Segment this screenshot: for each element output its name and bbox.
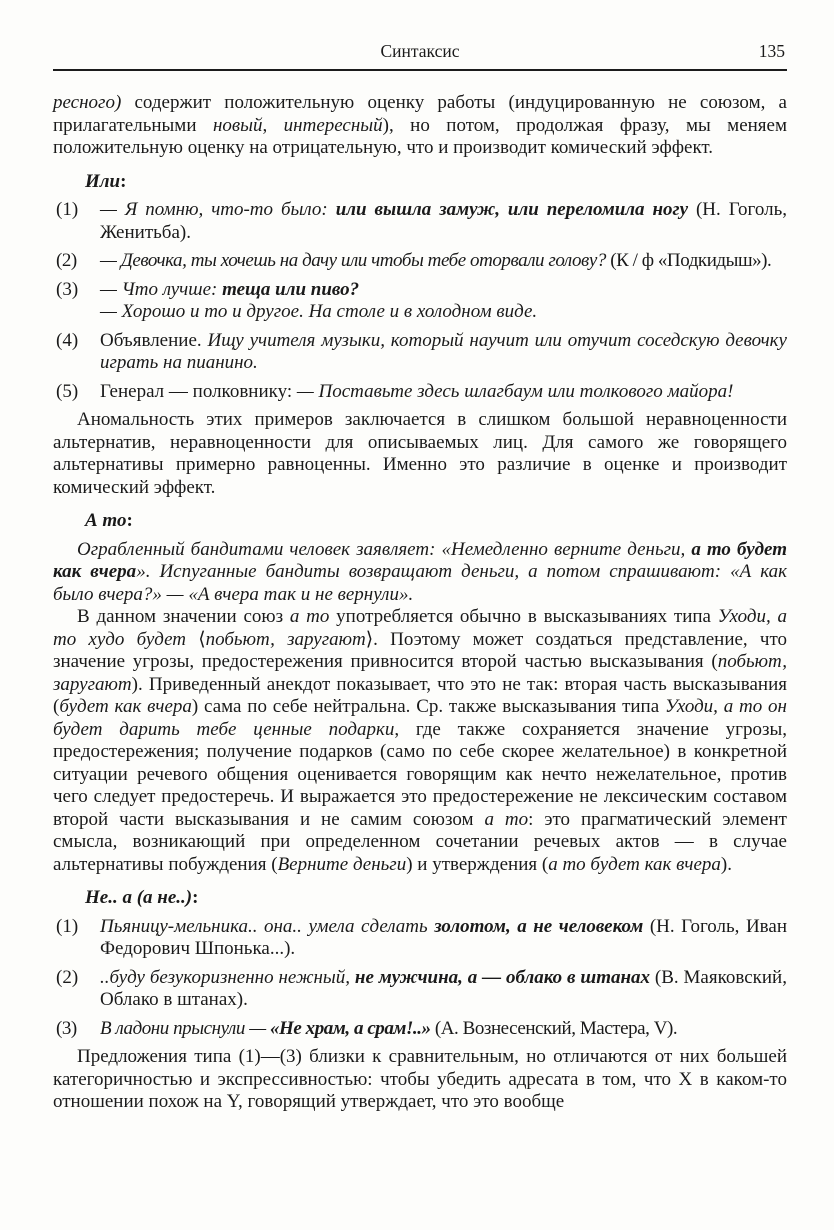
text-run: побьют, заругают — [206, 629, 366, 650]
item-number: (1) — [56, 916, 78, 939]
text-run: «Не храм, а срам!..» — [270, 1018, 435, 1039]
paragraph-a-to-discussion: В данном значении союз а то употребляетс… — [53, 606, 787, 876]
heading-colon: : — [120, 171, 126, 192]
text-run: ⟨ — [186, 629, 206, 650]
text-run: ). — [721, 854, 732, 875]
paragraph-anomaly: Аномальность этих примеров заключается в… — [53, 409, 787, 499]
text-run: ) сама по себе нейтральна. Ср. также выс… — [192, 696, 665, 717]
text-run: , — [262, 115, 283, 136]
item-number: (1) — [56, 199, 78, 222]
item-number: (2) — [56, 967, 78, 990]
text-run: а то — [484, 809, 528, 830]
page-number: 135 — [759, 40, 785, 63]
text-run: ..буду безукоризненно нежный, — [100, 967, 355, 988]
text-run: а то будет как вчера — [548, 854, 721, 875]
item-number: (2) — [56, 250, 77, 273]
nea-example-1: (1)Пьяницу-мельника.. она.. умела сделат… — [53, 916, 787, 961]
ili-example-4: (4)Объявление. Ищу учителя музыки, котор… — [53, 330, 787, 375]
section-heading-ne-a: Не.. а (а не..): — [85, 887, 787, 910]
text-run: будет как вчера — [59, 696, 192, 717]
text-run: В ладони прыснули — — [100, 1018, 270, 1039]
example-line: — Что лучше: теща или пиво? — [100, 279, 787, 302]
text-run: — Поставьте здесь шлагбаум или толкового… — [297, 381, 734, 402]
text-run: употребляется обычно в высказываниях тип… — [329, 606, 717, 627]
item-number: (4) — [56, 330, 78, 353]
item-number: (3) — [56, 279, 78, 302]
text-run: Верните деньги — [278, 854, 407, 875]
attribution: (А. Вознесенский, Мастера, V). — [435, 1018, 677, 1039]
header-rule — [53, 69, 787, 71]
text-run: Ограбленный бандитами человек заявляет: … — [77, 539, 691, 560]
text-run: интересный — [284, 115, 383, 136]
heading-text: Не.. а (а не..) — [85, 887, 192, 908]
heading-colon: : — [192, 887, 198, 908]
ili-example-2: (2)— Девочка, ты хочешь на дачу или чтоб… — [53, 250, 787, 273]
text-run: новый — [213, 115, 263, 136]
text-run: а то — [290, 606, 330, 627]
text-run: ресного) — [53, 92, 121, 113]
item-number: (3) — [56, 1018, 77, 1041]
text-run: В данном значении союз — [77, 606, 290, 627]
running-head: Синтаксис — [53, 40, 787, 63]
text-run: ». Испуганные бандиты возвращают деньги,… — [53, 561, 787, 605]
nea-example-2: (2)..буду безукоризненно нежный, не мужч… — [53, 967, 787, 1012]
nea-example-3: (3)В ладони прыснули — «Не храм, а срам!… — [53, 1018, 787, 1041]
text-run: Пьяницу-мельника.. она.. умела сделать — [100, 916, 434, 937]
paragraph-intro: ресного) содержит положительную оценку р… — [53, 92, 787, 160]
heading-text: Или — [85, 171, 120, 192]
text-run: теща или пиво? — [222, 279, 359, 300]
paragraph-anecdote: Ограбленный бандитами человек заявляет: … — [53, 539, 787, 607]
ili-example-5: (5)Генерал — полковнику: — Поставьте зде… — [53, 381, 787, 404]
section-heading-ili: Или: — [85, 171, 787, 194]
example-line: — Хорошо и то и другое. На столе и в хол… — [100, 301, 787, 324]
text-run: Генерал — полковнику: — [100, 381, 297, 402]
text-run: — Девочка, ты хочешь на дачу или чтобы т… — [100, 250, 610, 271]
paragraph-final: Предложения типа (1)—(3) близки к сравни… — [53, 1046, 787, 1114]
text-run: Объявление. — [100, 330, 207, 351]
text-run: или вышла замуж, или переломила ногу — [336, 199, 696, 220]
text-run: не мужчина, а — облако в штанах — [355, 967, 655, 988]
text-run: золотом, а не человеком — [434, 916, 650, 937]
page-body: ресного) содержит положительную оценку р… — [53, 92, 787, 1114]
text-run: — Что лучше: — [100, 279, 222, 300]
heading-colon: : — [126, 510, 132, 531]
text-run: ) и утверждения ( — [406, 854, 548, 875]
book-page: Синтаксис 135 ресного) содержит положите… — [0, 0, 834, 1230]
text-run: — Я помню, что-то было: — [100, 199, 336, 220]
ili-example-1: (1)— Я помню, что-то было: или вышла зам… — [53, 199, 787, 244]
heading-text: А то — [85, 510, 126, 531]
ili-example-3: (3)— Что лучше: теща или пиво?— Хорошо и… — [53, 279, 787, 324]
text-run: — Хорошо и то и другое. На столе и в хол… — [100, 301, 537, 322]
attribution: (К / ф «Подкидыш»). — [610, 250, 771, 271]
item-number: (5) — [56, 381, 78, 404]
page-header: Синтаксис 135 — [53, 40, 787, 62]
section-heading-a-to: А то: — [85, 510, 787, 533]
